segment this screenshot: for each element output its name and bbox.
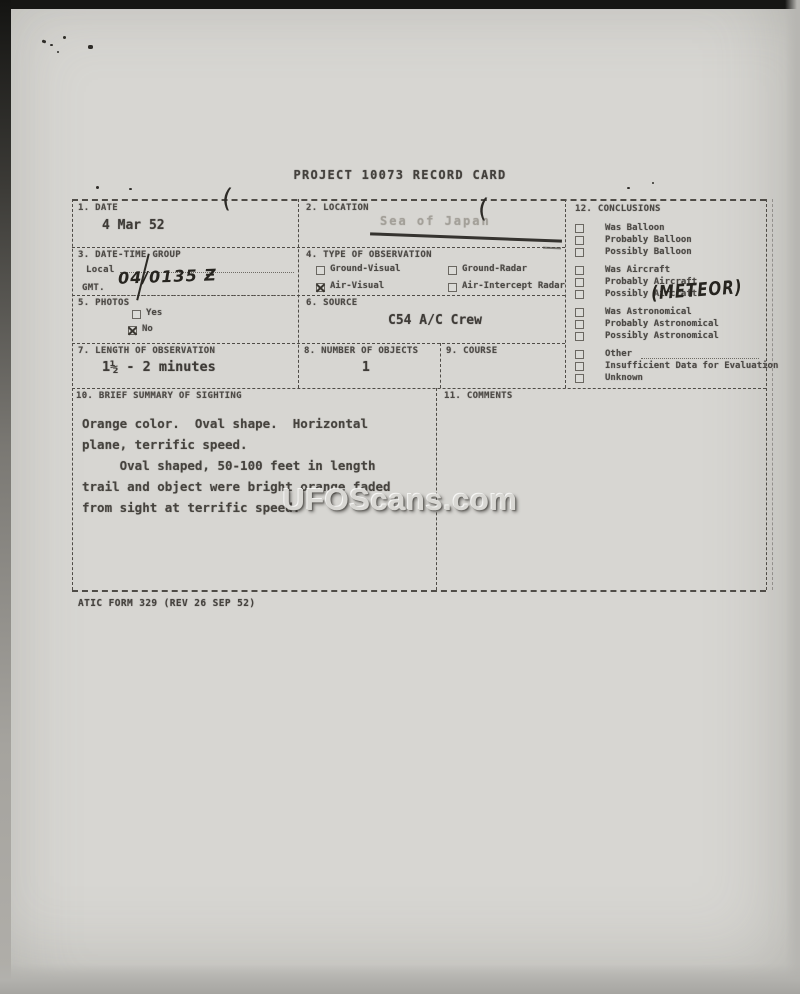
conclusion-label: Was Astronomical [605,307,692,317]
checkbox-probably-astronomical [575,320,584,329]
scan-edge-top [0,0,800,9]
checkbox-photos-no-label: No [142,324,153,334]
field-length-label: 7. LENGTH OF OBSERVATION [78,346,215,356]
card-border-bottom [72,590,766,592]
checkbox-air-visual-label: Air-Visual [330,281,384,291]
checkbox-unknown [575,374,584,383]
checkbox-possibly-astronomical [575,332,584,341]
checkbox-probably-balloon [575,236,584,245]
conclusion-label: Possibly Balloon [605,247,692,257]
field-length-of-observation: 7. LENGTH OF OBSERVATION 1½ - 2 minutes [72,343,298,388]
page-title: PROJECT 10073 RECORD CARD [0,168,800,182]
checkbox-photos-yes-label: Yes [146,308,162,318]
scanned-record-card: PROJECT 10073 RECORD CARD 1. DATE 4 Mar … [0,0,800,994]
field-photos-label: 5. PHOTOS [78,298,129,308]
scan-edge-right [785,0,800,994]
conclusion-item: Possibly Balloon [575,247,765,259]
watermark: UFOScans.com [282,482,517,518]
ink-speck [42,39,47,43]
field-location-label: 2. LOCATION [306,203,369,213]
checkbox-photos-yes [132,310,141,319]
checkbox-possibly-balloon [575,248,584,257]
checkbox-air-visual [316,283,325,292]
scan-edge-left [0,0,11,994]
ink-speck [652,182,654,184]
field-conclusions: 12. CONCLUSIONS Was Balloon Probably Bal… [565,199,766,388]
ink-speck [627,187,630,189]
ink-speck [96,186,99,189]
conclusion-item: Probably Balloon [575,235,765,247]
conclusion-item: Probably Astronomical [575,319,765,331]
checkbox-photos-no [128,326,137,335]
field-location: 2. LOCATION Sea of Japan [298,199,565,247]
field-conclusions-label: 12. CONCLUSIONS [575,204,661,214]
heavy-underline-stroke [370,232,562,242]
other-dotted-line [641,358,759,359]
checkbox-ground-visual-label: Ground-Visual [330,264,400,274]
conclusion-item: Possibly Astronomical [575,331,765,343]
field-date-time-group: 3. DATE-TIME GROUP Local GMT. 04/0135 Ƶ [72,247,298,295]
checkbox-other [575,350,584,359]
field-comments-label: 11. COMMENTS [444,391,513,401]
ink-speck [57,51,59,53]
checkbox-air-intercept-radar-label: Air-Intercept Radar [462,281,565,291]
field-type-label: 4. TYPE OF OBSERVATION [306,250,432,260]
conclusion-label: Unknown [605,373,643,383]
field-location-value: Sea of Japan [380,214,491,228]
field-number-of-objects: 8. NUMBER OF OBJECTS 1 [298,343,440,388]
checkbox-was-balloon [575,224,584,233]
conclusion-item: Other [575,349,765,361]
ink-speck [50,44,53,46]
field-course-label: 9. COURSE [446,346,497,356]
conclusion-label: Other [605,349,632,359]
field-date: 1. DATE 4 Mar 52 [72,199,298,247]
dtg-gmt-value: 04/0135 Ƶ [118,265,217,287]
dtg-gmt-label: GMT. [82,283,105,293]
ink-speck [63,36,66,39]
conclusion-label: Was Balloon [605,223,665,233]
field-summary-label: 10. BRIEF SUMMARY OF SIGHTING [76,391,242,401]
field-source-label: 6. SOURCE [306,298,357,308]
field-number-value: 1 [362,360,370,375]
checkbox-was-aircraft [575,266,584,275]
ink-speck [88,45,93,49]
field-source-value: C54 A/C Crew [388,313,482,328]
card-border-right-ghost [772,199,773,590]
field-dtg-label: 3. DATE-TIME GROUP [78,250,181,260]
checkbox-ground-radar [448,266,457,275]
checkbox-probably-aircraft [575,278,584,287]
field-number-label: 8. NUMBER OF OBJECTS [304,346,418,356]
conclusion-item: Was Balloon [575,223,765,235]
field-date-value: 4 Mar 52 [102,218,165,233]
checkbox-was-astronomical [575,308,584,317]
field-type-of-observation: 4. TYPE OF OBSERVATION Ground-Visual Gro… [298,247,565,295]
field-course: 9. COURSE [440,343,565,388]
field-source: 6. SOURCE C54 A/C Crew [298,295,565,343]
ink-speck [129,188,132,190]
field-length-value: 1½ - 2 minutes [102,359,216,375]
conclusion-label: Probably Balloon [605,235,692,245]
checkbox-ground-radar-label: Ground-Radar [462,264,527,274]
field-photos: 5. PHOTOS Yes No [72,295,298,343]
checkbox-air-intercept-radar [448,283,457,292]
conclusion-label: Was Aircraft [605,265,670,275]
checkbox-possibly-aircraft [575,290,584,299]
conclusion-item: Insufficient Data for Evaluation [575,361,765,373]
conclusion-item: Unknown [575,373,765,385]
form-number: ATIC FORM 329 (REV 26 SEP 52) [78,598,255,609]
dtg-local-label: Local [86,265,115,275]
checkbox-insufficient-data [575,362,584,371]
conclusion-label: Probably Astronomical [605,319,719,329]
conclusion-label: Insufficient Data for Evaluation [605,361,778,371]
card-border-right [766,199,767,590]
conclusion-label: Possibly Astronomical [605,331,719,341]
conclusion-item: Was Astronomical [575,307,765,319]
checkbox-ground-visual [316,266,325,275]
scan-edge-bottom [0,964,800,994]
field-date-label: 1. DATE [78,203,118,213]
